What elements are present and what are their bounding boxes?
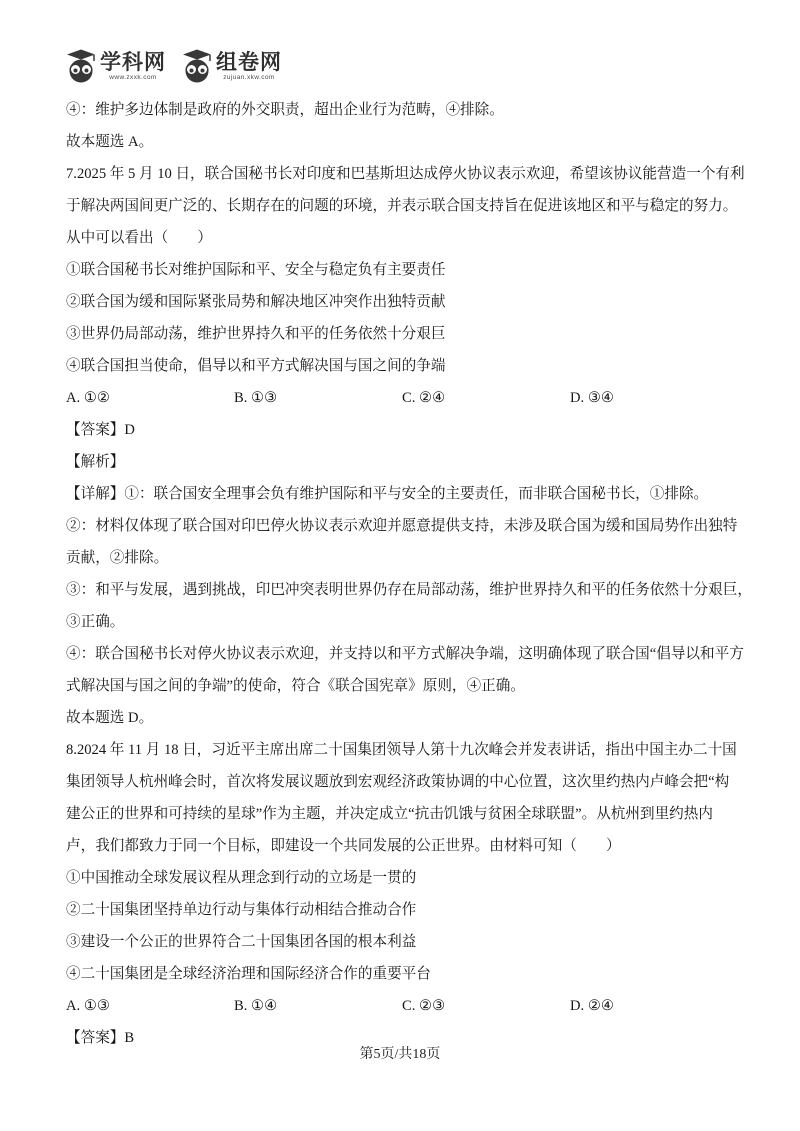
- q7-statement-1: ①联合国秘书长对维护国际和平、安全与稳定负有主要责任: [66, 254, 738, 286]
- logo-zujuan: 组卷网 zujuan.xkw.com: [182, 48, 282, 84]
- q7-answer-line: 【答案】D: [66, 414, 738, 446]
- q7-detail-line: ④：联合国秘书长对停火协议表示欢迎，并支持以和平方式解决争端，这明确体现了联合国…: [66, 638, 738, 670]
- exam-document-page: 学科网 www.zxxk.com 组卷网 zujuan.xkw.com: [0, 0, 800, 1131]
- q7-statement-2: ②联合国为缓和国际紧张局势和解决地区冲突作出独特贡献: [66, 286, 738, 318]
- q7-conclusion-line: 故本题选 D。: [66, 702, 738, 734]
- q8-stem-line: 8.2024 年 11 月 18 日，习近平主席出席二十国集团领导人第十九次峰会…: [66, 734, 738, 766]
- logo-text-block: 学科网 www.zxxk.com: [100, 51, 166, 82]
- logo-name: 组卷网: [216, 51, 282, 74]
- q8-stem-line: 卢，我们都致力于同一个目标，即建设一个共同发展的公正世界。由材料可知（ ）: [66, 830, 738, 862]
- owl-graduate-icon: [182, 48, 212, 84]
- q8-options-row: A. ①③ B. ①④ C. ②③ D. ②④: [66, 990, 738, 1022]
- q8-statement-2: ②二十国集团坚持单边行动与集体行动相结合推动合作: [66, 894, 738, 926]
- q8-option-a: A. ①③: [66, 990, 234, 1022]
- q8-option-b: B. ①④: [234, 990, 402, 1022]
- logo-url: www.zxxk.com: [109, 74, 156, 82]
- q7-detail-line: 贡献，②排除。: [66, 542, 738, 574]
- q8-stem-line: 集团领导人杭州峰会时，首次将发展议题放到宏观经济政策协调的中心位置，这次里约热内…: [66, 766, 738, 798]
- q8-statement-1: ①中国推动全球发展议程从理念到行动的立场是一贯的: [66, 862, 738, 894]
- q7-option-d: D. ③④: [570, 382, 738, 414]
- logo-zxxk: 学科网 www.zxxk.com: [66, 48, 166, 84]
- q7-options-row: A. ①② B. ①③ C. ②④ D. ③④: [66, 382, 738, 414]
- q7-stem-line: 于解决两国间更广泛的、长期存在的问题的环境，并表示联合国支持旨在促进该地区和平与…: [66, 190, 738, 222]
- prev-analysis-line: ④：维护多边体制是政府的外交职责，超出企业行为范畴，④排除。: [66, 94, 738, 126]
- logo-name: 学科网: [100, 51, 166, 74]
- q7-option-c: C. ②④: [402, 382, 570, 414]
- logo-url: zujuan.xkw.com: [223, 74, 274, 82]
- q7-option-b: B. ①③: [234, 382, 402, 414]
- q8-option-c: C. ②③: [402, 990, 570, 1022]
- owl-graduate-icon: [66, 48, 96, 84]
- q7-detail-line: ②：材料仅体现了联合国对印巴停火协议表示欢迎并愿意提供支持，未涉及联合国为缓和国…: [66, 510, 738, 542]
- q7-stem-line: 从中可以看出（ ）: [66, 222, 738, 254]
- q7-detail-line: ③正确。: [66, 606, 738, 638]
- page-content: 学科网 www.zxxk.com 组卷网 zujuan.xkw.com: [66, 48, 738, 1054]
- q7-option-a: A. ①②: [66, 382, 234, 414]
- q8-statement-3: ③建设一个公正的世界符合二十国集团各国的根本利益: [66, 926, 738, 958]
- q7-stem-line: 7.2025 年 5 月 10 日，联合国秘书长对印度和巴基斯坦达成停火协议表示…: [66, 158, 738, 190]
- q7-statement-3: ③世界仍局部动荡，维护世界持久和平的任务依然十分艰巨: [66, 318, 738, 350]
- q7-analysis-label: 【解析】: [66, 446, 738, 478]
- logo-text-block: 组卷网 zujuan.xkw.com: [216, 51, 282, 82]
- q8-stem-line: 建公正的世界和可持续的星球”作为主题，并决定成立“抗击饥饿与贫困全球联盟”。从杭…: [66, 798, 738, 830]
- q8-option-d: D. ②④: [570, 990, 738, 1022]
- page-number-footer: 第5页/共18页: [0, 1046, 800, 1064]
- q7-detail-line: 【详解】①：联合国安全理事会负有维护国际和平与安全的主要责任，而非联合国秘书长，…: [66, 478, 738, 510]
- q8-statement-4: ④二十国集团是全球经济治理和国际经济合作的重要平台: [66, 958, 738, 990]
- q7-detail-line: ③：和平与发展，遇到挑战，印巴冲突表明世界仍存在局部动荡，维护世界持久和平的任务…: [66, 574, 738, 606]
- q7-detail-line: 式解决国与国之间的争端”的使命，符合《联合国宪章》原则，④正确。: [66, 670, 738, 702]
- prev-conclusion-line: 故本题选 A。: [66, 126, 738, 158]
- q7-statement-4: ④联合国担当使命，倡导以和平方式解决国与国之间的争端: [66, 350, 738, 382]
- header-logos: 学科网 www.zxxk.com 组卷网 zujuan.xkw.com: [66, 48, 738, 94]
